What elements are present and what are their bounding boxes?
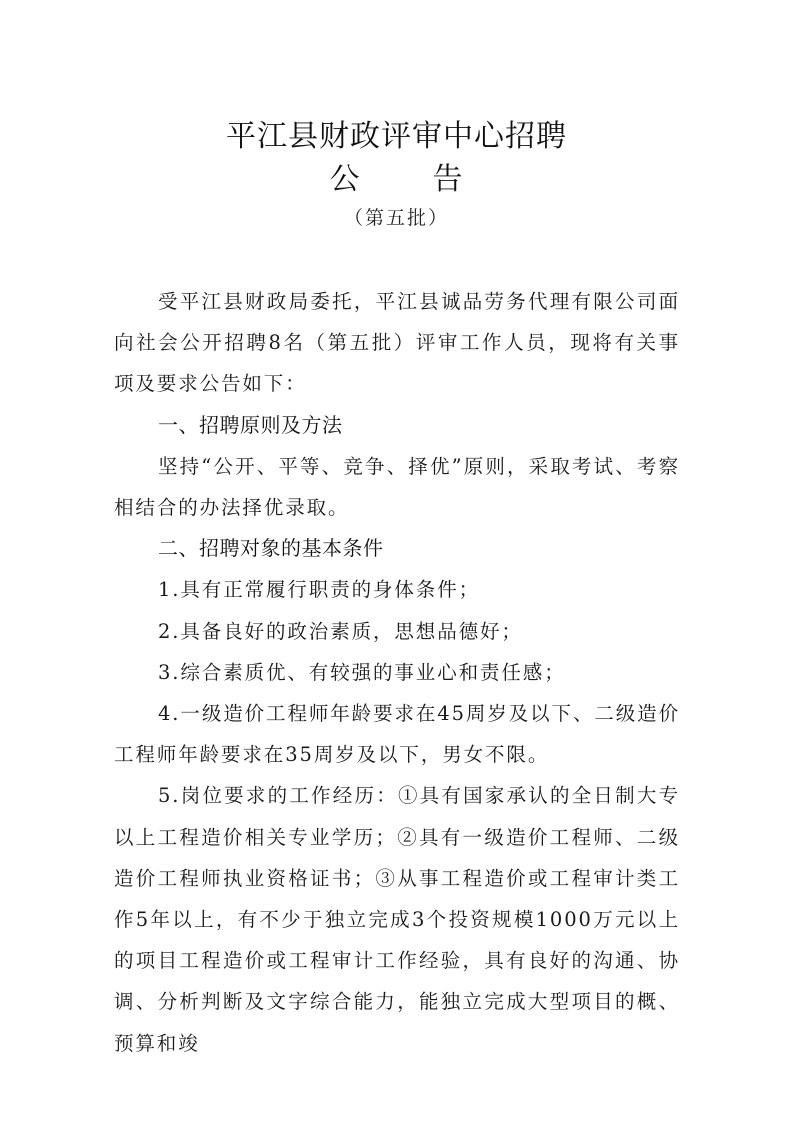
- document-page: 平江县财政评审中心招聘 公告 （第五批） 受平江县财政局委托，平江县诚品劳务代理…: [0, 0, 793, 1122]
- batch-label: （第五批）: [0, 206, 793, 230]
- subtitle-char-1: 公: [330, 160, 361, 200]
- requirement-item-4: 4.一级造价工程师年龄要求在45周岁及以下、二级造价工程师年龄要求在35周岁及以…: [114, 693, 680, 775]
- requirement-item-5: 5.岗位要求的工作经历：①具有国家承认的全日制大专以上工程造价相关专业学历；②具…: [114, 775, 680, 1063]
- document-title: 平江县财政评审中心招聘: [0, 117, 793, 157]
- requirement-item-3: 3.综合素质优、有较强的事业心和责任感；: [114, 652, 680, 693]
- principles-paragraph: 坚持“公开、平等、竞争、择优”原则，采取考试、考察相结合的办法择优录取。: [114, 446, 680, 528]
- section-heading-principles: 一、招聘原则及方法: [114, 405, 680, 446]
- document-body: 受平江县财政局委托，平江县诚品劳务代理有限公司面向社会公开招聘8名（第五批）评审…: [114, 281, 680, 1064]
- requirement-item-2: 2.具备良好的政治素质，思想品德好；: [114, 611, 680, 652]
- section-heading-requirements: 二、招聘对象的基本条件: [114, 528, 680, 569]
- document-subtitle: 公告: [0, 160, 793, 200]
- intro-paragraph: 受平江县财政局委托，平江县诚品劳务代理有限公司面向社会公开招聘8名（第五批）评审…: [114, 281, 680, 405]
- subtitle-char-2: 告: [433, 160, 464, 200]
- requirement-item-1: 1.具有正常履行职责的身体条件；: [114, 569, 680, 610]
